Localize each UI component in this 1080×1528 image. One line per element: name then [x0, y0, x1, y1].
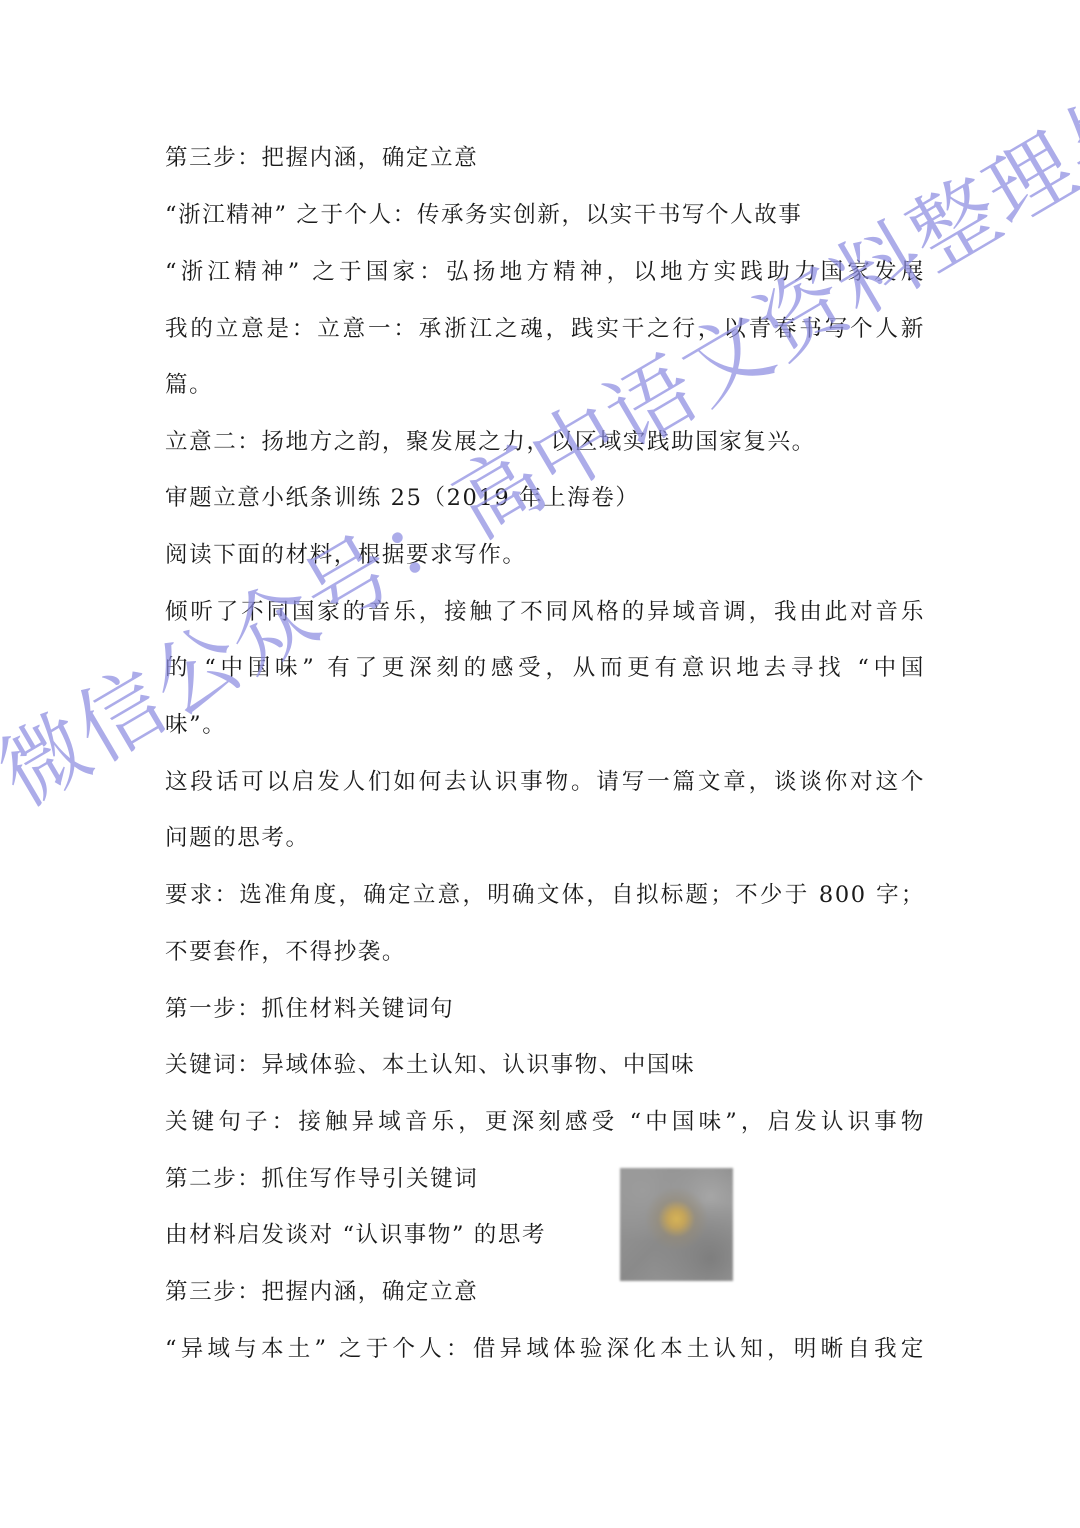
- requirements-line-2: 不要套作，不得抄袭。: [165, 932, 925, 972]
- qr-code-image: [620, 1168, 733, 1281]
- material-paragraph-line-3: 味”。: [165, 705, 925, 745]
- material-paragraph-line-1: 倾听了不同国家的音乐，接触了不同风格的异域音调，我由此对音乐: [165, 592, 925, 632]
- step-one-heading: 第一步：抓住材料关键词句: [165, 989, 925, 1029]
- requirements-line-1: 要求：选准角度，确定立意，明确文体，自拟标题；不少于 800 字；: [165, 875, 925, 915]
- document-page: 第三步：把握内涵，确定立意 “浙江精神” 之于个人：传承务实创新，以实干书写个人…: [0, 0, 1080, 1528]
- step-three-heading: 第三步：把握内涵，确定立意: [165, 138, 925, 178]
- step-three-heading-2: 第三步：把握内涵，确定立意: [165, 1272, 925, 1312]
- material-paragraph-line-2: 的 “中国味” 有了更深刻的感受，从而更有意识地去寻找 “中国: [165, 648, 925, 688]
- foreign-native-individual: “异域与本土” 之于个人：借异域体验深化本土认知，明晰自我定: [165, 1329, 925, 1369]
- writing-guide: 由材料启发谈对 “认识事物” 的思考: [165, 1215, 925, 1255]
- watermark-text: 微信公众号：高中语文资料整理与收集: [0, 0, 1080, 820]
- zhejiang-spirit-nation: “浙江精神” 之于国家：弘扬地方精神，以地方实践助力国家发展: [165, 252, 925, 292]
- thesis-one-continued: 篇。: [165, 365, 925, 405]
- exercise-title: 审题立意小纸条训练 25（2019 年上海卷）: [165, 478, 925, 518]
- zhejiang-spirit-individual: “浙江精神” 之于个人：传承务实创新，以实干书写个人故事: [165, 195, 925, 235]
- step-two-heading: 第二步：抓住写作导引关键词: [165, 1159, 925, 1199]
- thesis-one: 我的立意是：立意一：承浙江之魂，践实干之行，以青春书写个人新: [165, 309, 925, 349]
- thesis-two: 立意二：扬地方之韵，聚发展之力，以区域实践助国家复兴。: [165, 422, 925, 462]
- prompt-line-2: 问题的思考。: [165, 818, 925, 858]
- instruction: 阅读下面的材料，根据要求写作。: [165, 535, 925, 575]
- prompt-line-1: 这段话可以启发人们如何去认识事物。请写一篇文章，谈谈你对这个: [165, 762, 925, 802]
- key-sentence: 关键句子：接触异域音乐，更深刻感受 “中国味”，启发认识事物: [165, 1102, 925, 1142]
- keywords: 关键词：异域体验、本土认知、认识事物、中国味: [165, 1045, 925, 1085]
